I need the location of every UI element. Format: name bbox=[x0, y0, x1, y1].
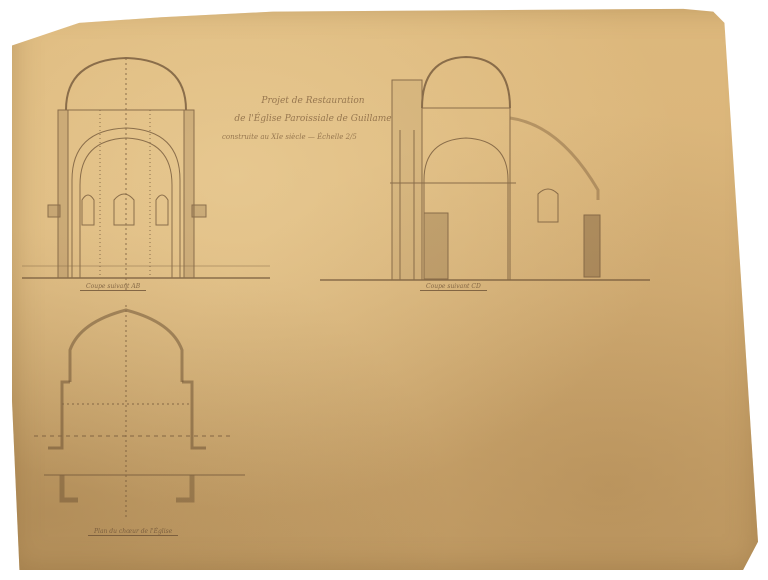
caption-section-longitudinal: Coupe suivant CD bbox=[420, 283, 487, 291]
caption-section-transverse: Coupe suivant AB bbox=[80, 283, 146, 291]
title-line-1: Projet de Restauration bbox=[228, 92, 398, 110]
caption-plan: Plan du chœur de l'Église bbox=[88, 528, 178, 536]
section-longitudinal-drawing bbox=[320, 57, 650, 280]
plan-drawing bbox=[34, 305, 245, 518]
drawing-title: Projet de Restauration de l'Église Paroi… bbox=[228, 92, 398, 146]
title-line-3: construite au XIe siècle — Échelle 2/5 bbox=[222, 128, 398, 146]
title-line-2: de l'Église Paroissiale de Guillame bbox=[228, 110, 398, 128]
